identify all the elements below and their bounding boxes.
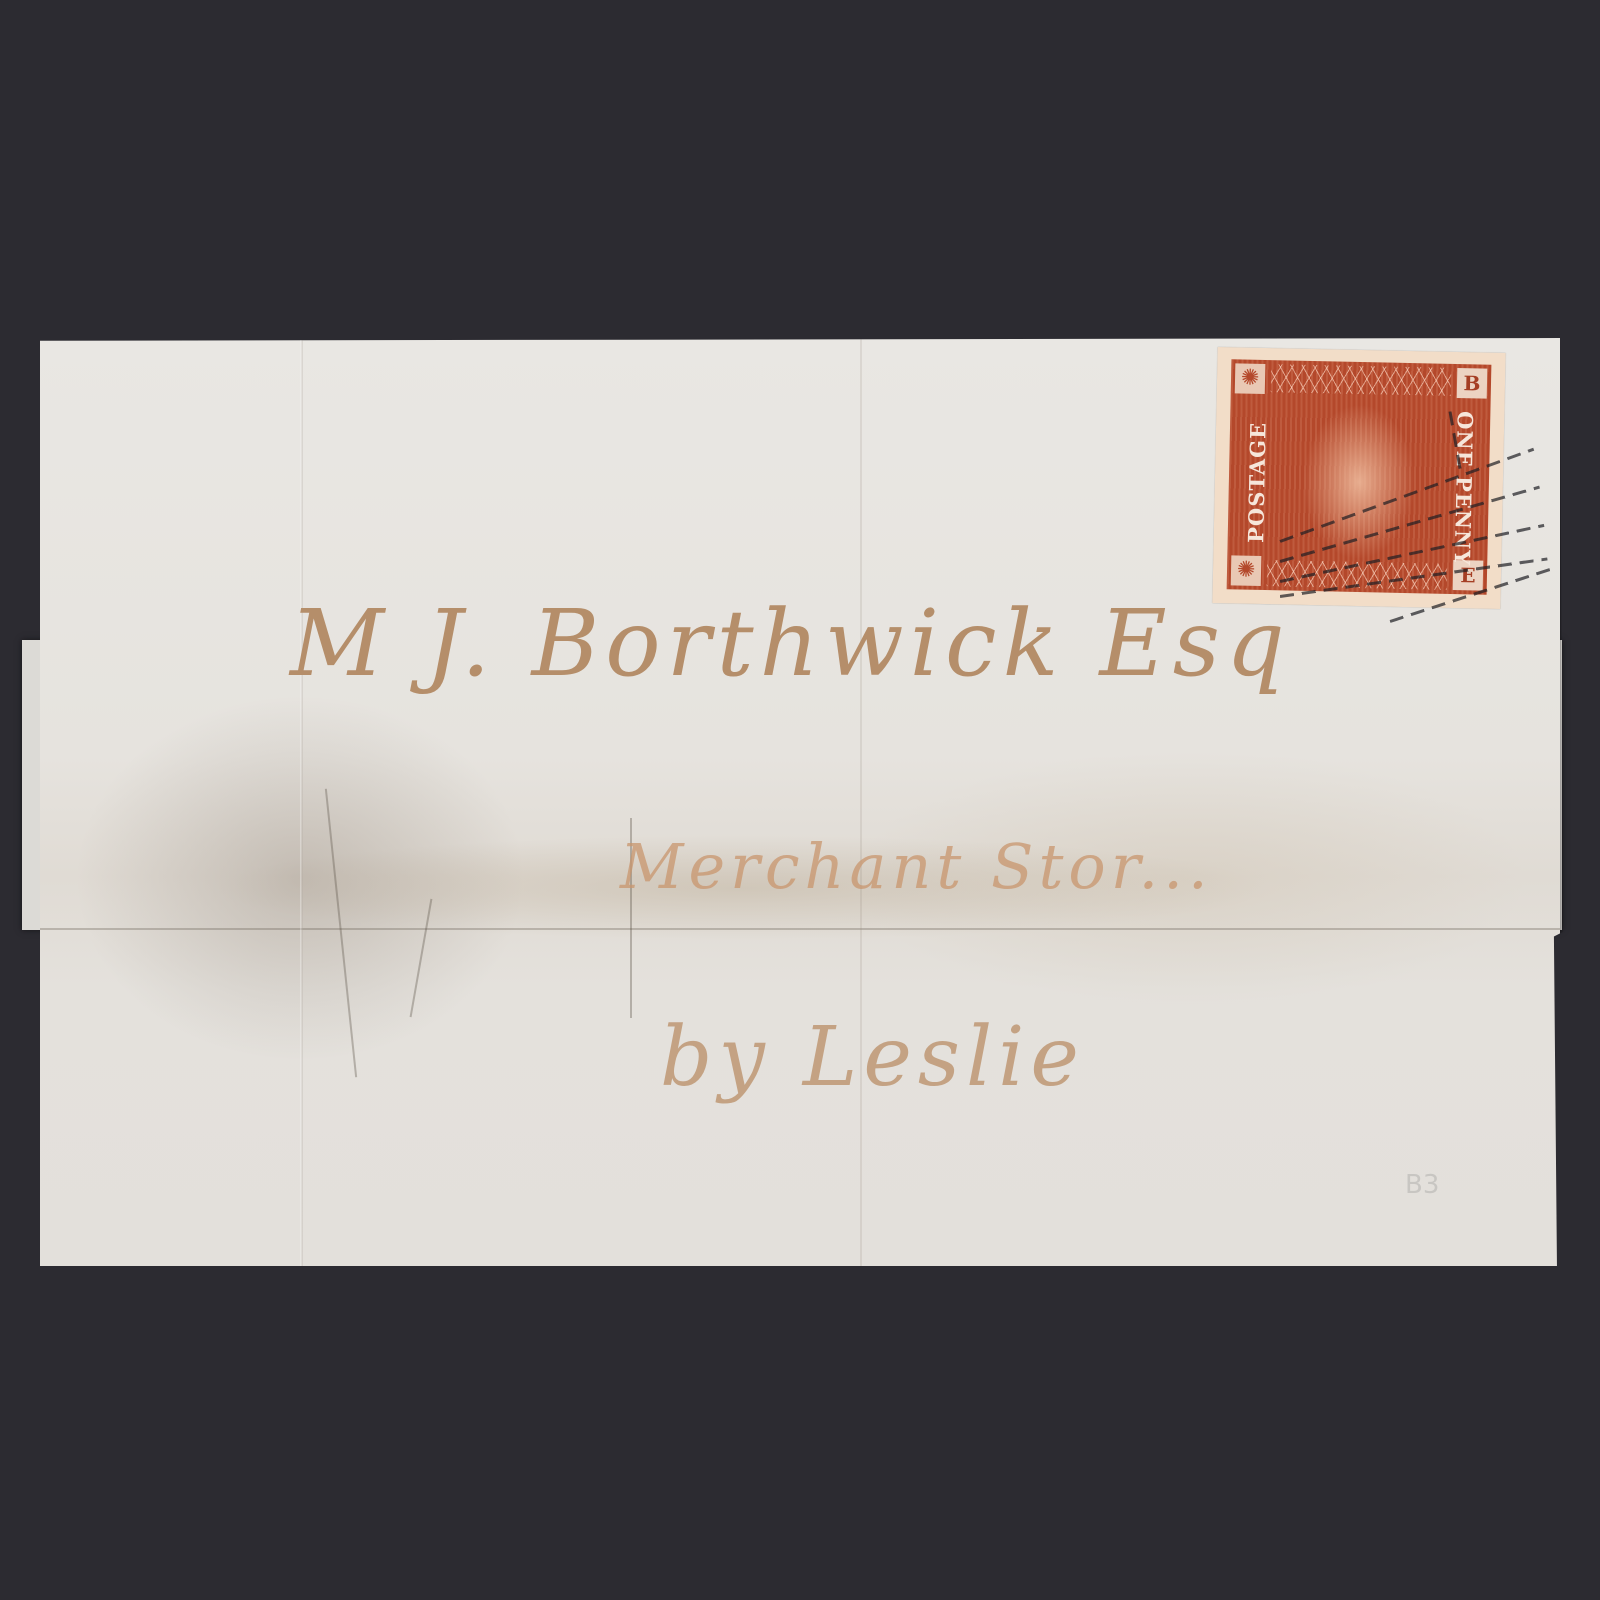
stamp-value-text: ONE PENNY (1450, 403, 1479, 573)
stamp-postage-text: POSTAGE (1243, 402, 1271, 562)
stamp-check-letter-right: B (1457, 368, 1488, 399)
paper-crease (410, 899, 433, 1018)
penny-red-stamp: ✺ B ✺ E POSTAGE ONE PENNY (1212, 347, 1505, 609)
vertical-fold (860, 338, 862, 1266)
star-ornament-icon: ✺ (1235, 363, 1266, 394)
stamp-design: ✺ B ✺ E POSTAGE ONE PENNY (1227, 359, 1492, 594)
address-line-town: by Leslie (660, 1010, 1085, 1105)
address-line-street: Merchant Stor... (620, 830, 1213, 903)
horizontal-fold (40, 928, 1560, 930)
stamp-bottom-ornament (1267, 560, 1448, 590)
vertical-fold (300, 338, 303, 1266)
pencil-note: B3 (1405, 1170, 1439, 1200)
stamp-top-ornament (1271, 364, 1452, 396)
address-line-recipient: M J. Borthwick Esq (290, 590, 1291, 697)
paper-crease (325, 789, 357, 1078)
